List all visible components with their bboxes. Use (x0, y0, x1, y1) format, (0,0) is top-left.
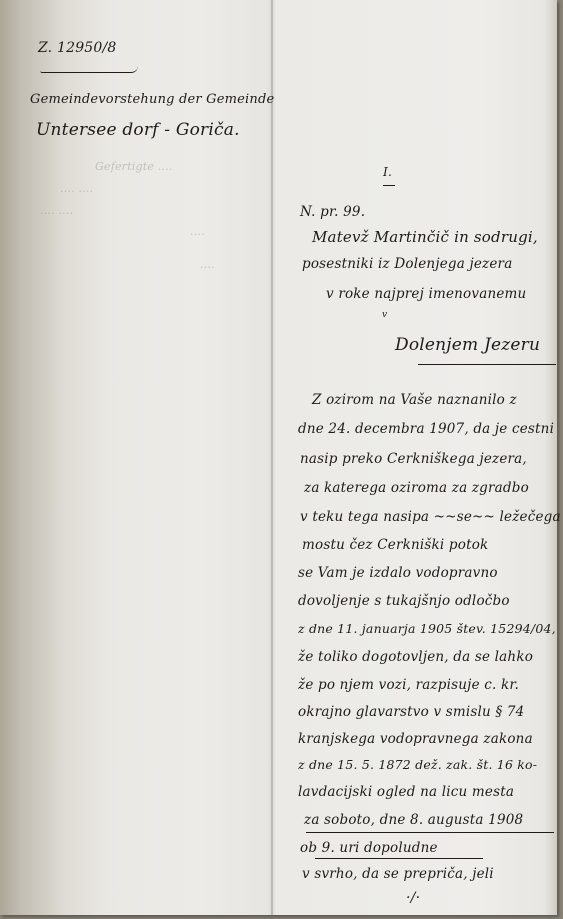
roman-numeral: I. (383, 165, 392, 179)
date-underline (306, 832, 554, 833)
body-line: se Vam je izdalo vodopravno (298, 565, 498, 581)
faded-note: .... .... (40, 204, 73, 217)
number-line: N. pr. 99. (300, 204, 365, 220)
time-underline (315, 858, 483, 859)
roman-underline (383, 185, 395, 186)
faded-note: .... (190, 225, 205, 238)
body-line: v svrho, da se prepriča, jeli (302, 866, 494, 882)
recipient-line-4: v (382, 310, 387, 320)
body-line: dovoljenje s tukajšnjo odločbo (298, 593, 510, 609)
body-line: Z ozirom na Vaše naznanilo z (312, 392, 517, 408)
body-line: že toliko dogotovljen, da se lahko (298, 649, 533, 665)
body-line: okrajno glavarstvo v smislu § 74 (298, 704, 524, 720)
body-line: z dne 15. 5. 1872 dež. zak. št. 16 ko- (298, 757, 537, 772)
place-underline (418, 364, 556, 365)
body-line: lavdacijski ogled na licu mesta (298, 784, 514, 800)
body-line: že po njem vozi, razpisuje c. kr. (298, 677, 519, 693)
body-line-date: za soboto, dne 8. augusta 1908 (304, 812, 523, 828)
faded-note: .... (200, 258, 215, 271)
continuation-mark: ·/· (406, 890, 420, 906)
document-page: Z. 12950/8 Gemeindevorstehung der Gemein… (0, 0, 557, 915)
body-line: za katerega oziroma za zgradbo (304, 480, 529, 496)
body-line-time: ob 9. uri dopoludne (300, 840, 438, 856)
body-line: z dne 11. januarja 1905 štev. 15294/04, (298, 621, 556, 636)
reference-number: Z. 12950/8 (38, 40, 117, 56)
body-line: nasip preko Cerkniškega jezera, (300, 451, 527, 467)
recipient-line-2: posestniki iz Dolenjega jezera (302, 256, 512, 272)
addressee-line-2: Untersee dorf - Goriča. (36, 120, 240, 140)
body-line: kranjskega vodopravnega zakona (298, 731, 533, 747)
reference-underline (40, 66, 138, 73)
addressee-line-1: Gemeindevorstehung der Gemeinde (30, 92, 274, 107)
body-line: v teku tega nasipa ~~se~~ ležečega (300, 509, 561, 525)
recipient-place: Dolenjem Jezeru (395, 335, 540, 355)
body-line: dne 24. decembra 1907, da je cestni (298, 421, 554, 437)
fold-line (271, 0, 273, 915)
recipient-line-1: Matevž Martinčič in sodrugi, (312, 228, 538, 246)
recipient-line-3: v roke najprej imenovanemu (326, 286, 526, 302)
faded-note: .... .... (60, 182, 93, 195)
faded-note: Gefertigte .... (95, 160, 173, 173)
body-line: mostu čez Cerkniški potok (302, 537, 488, 553)
